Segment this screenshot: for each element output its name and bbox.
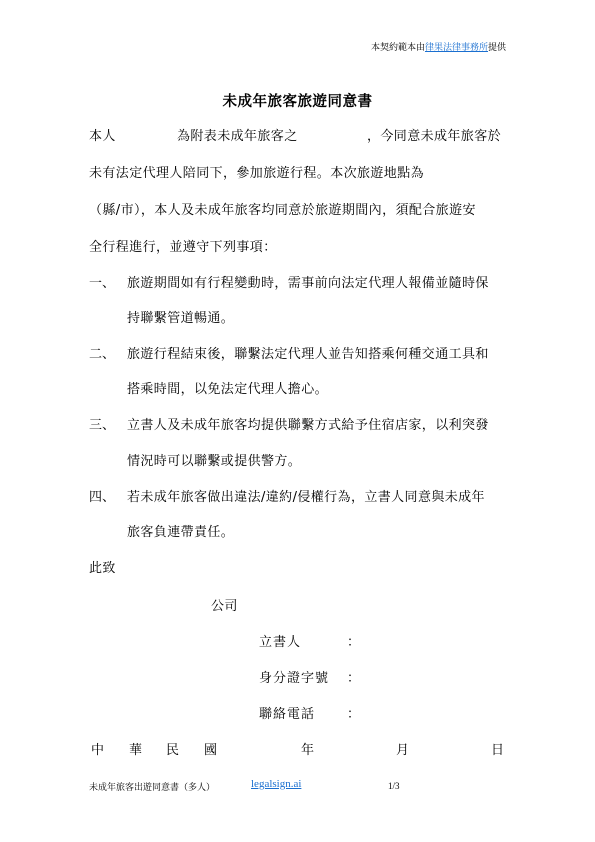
date-char: 國	[204, 739, 217, 758]
page-number: 1/3	[388, 781, 400, 791]
date-day: 日	[491, 739, 504, 758]
item-text-cont: 持聯繫管道暢通。	[127, 307, 234, 326]
item-text: 旅遊期間如有行程變動時，需事前向法定代理人報備並隨時保	[127, 272, 489, 291]
intro-line-4: 全行程進行，並遵守下列事項：	[89, 236, 277, 255]
item-text-cont: 情況時可以聯繫或提供警方。	[127, 450, 301, 469]
signer-colon: ：	[347, 631, 360, 650]
intro-line-2: 未有法定代理人陪同下，參加旅遊行程。本次旅遊地點為	[89, 162, 424, 181]
footer-link[interactable]: legalsign.ai	[251, 778, 301, 790]
intro-consent: ，今同意未成年旅客於	[367, 125, 501, 144]
page-header: 本契約範本由律果法律事務所提供	[371, 42, 506, 54]
header-suffix: 提供	[488, 43, 506, 53]
intro-line-1: 本人 為附表未成年旅客之 ，今同意未成年旅客於	[89, 125, 116, 144]
date-month: 月	[396, 739, 409, 758]
footer-doc-name: 未成年旅客出遊同意書（多人）	[89, 780, 215, 793]
document-title: 未成年旅客旅遊同意書	[0, 90, 595, 111]
item-number: 四、	[89, 486, 115, 505]
intro-relation: 為附表未成年旅客之	[177, 125, 298, 144]
date-char: 華	[129, 739, 142, 758]
date-year: 年	[301, 739, 314, 758]
item-text-cont: 搭乘時間，以免法定代理人擔心。	[127, 378, 328, 397]
header-prefix: 本契約範本由	[371, 43, 425, 53]
item-text: 若未成年旅客做出違法/違約/侵權行為，立書人同意與未成年	[127, 486, 485, 505]
signer-label: 立書人	[259, 631, 301, 650]
closing: 此致	[89, 557, 116, 576]
item-text: 立書人及未成年旅客均提供聯繫方式給予住宿店家，以利突發	[127, 414, 489, 433]
date-char: 中	[91, 739, 104, 758]
item-text: 旅遊行程結束後，聯繫法定代理人並告知搭乘何種交通工具和	[127, 343, 489, 362]
company-label: 公司	[211, 595, 238, 614]
item-number: 三、	[89, 414, 115, 433]
intro-line-3: （縣/市），本人及未成年旅客均同意於旅遊期間內，須配合旅遊安	[89, 199, 476, 218]
item-text-cont: 旅客負連帶責任。	[127, 521, 234, 540]
law-firm-link[interactable]: 律果法律事務所	[425, 43, 488, 53]
item-number: 二、	[89, 343, 115, 362]
date-char: 民	[166, 739, 179, 758]
phone-label: 聯絡電話	[259, 703, 315, 722]
id-number-colon: ：	[347, 667, 360, 686]
item-number: 一、	[89, 272, 115, 291]
id-number-label: 身分證字號	[259, 667, 329, 686]
phone-colon: ：	[347, 703, 360, 722]
intro-signer: 本人	[89, 129, 116, 144]
